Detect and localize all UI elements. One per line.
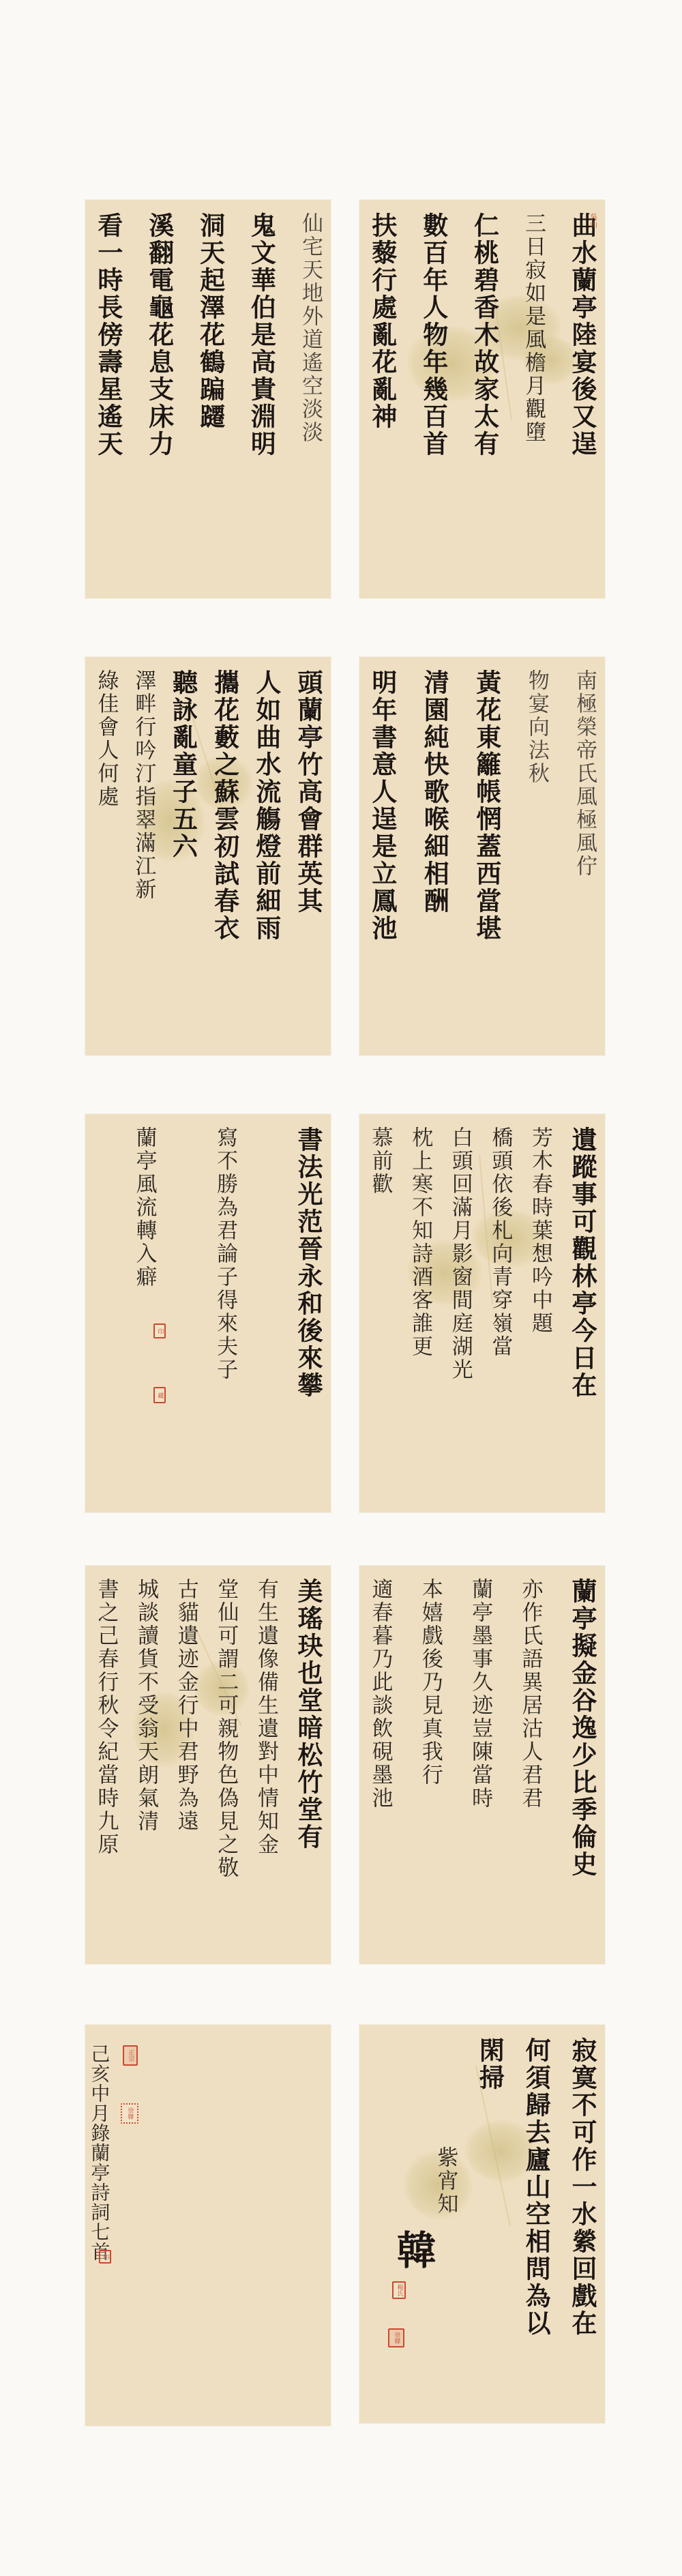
text-column: 古貓遺迹金行中君野為遠 (175, 1578, 197, 1955)
seal-stamp: 印 (99, 2250, 111, 2264)
text-column: 白頭回滿月影窗間庭湖光 (449, 1126, 471, 1503)
text-column: 三日寂如是風檐月觀墮 (522, 212, 545, 589)
album-leaf: 遺蹤事可觀林亭今日在 芳木春時葉想吟中題 橋頭依後札向青穿嶺當 白頭回滿月影窗間… (359, 1114, 605, 1512)
text-column: 明年書意人逞是立鳳池 (369, 669, 396, 1046)
text-column: 慕前歡 (369, 1126, 391, 1503)
album-leaf: 曲水蘭亭陸宴後又逞 三日寂如是風檐月觀墮 仁桃碧香木故家太有 數百年人物年幾百首… (359, 200, 605, 598)
text-column: 物宴向法秋 (525, 669, 548, 1046)
text-column: 橋頭依後札向青穿嶺當 (489, 1126, 512, 1503)
text-column: 遺蹤事可觀林亭今日在 (569, 1126, 595, 1503)
text-column: 閑掃 (477, 2037, 503, 2314)
text-column: 何須歸去廬山空相問為以 (522, 2037, 549, 2314)
text-column: 城談讀貨不受翁天朗氣清 (135, 1578, 158, 1955)
text-column: 澤畔行吟汀指翠滿江新 (132, 669, 155, 1046)
text-column: 聽詠亂童子五六 (170, 669, 196, 1046)
text-column: 有生遺像備生遺對中情知金 (255, 1578, 278, 1955)
seal-stamp: 崇韓 (121, 2103, 138, 2124)
text-column: 蘭亭擬金谷逸少比季倫史 (569, 1578, 595, 1955)
text-column: 數百年人物年幾百首 (420, 212, 447, 589)
seal-stamp: 楊氏 (392, 2281, 406, 2299)
album-leaf: 頭蘭亭竹高會群英其 人如曲水流觴燈前細雨 攜花藪之蘇雲初試春衣 聽詠亂童子五六 … (85, 657, 331, 1055)
text-column: 蘭亭墨事久迹豈陳當時 (469, 1578, 492, 1955)
text-column: 書之己春行秋令紀當時九原 (95, 1578, 117, 1955)
album-leaf: 書法光范晉永和後來攀 寫不勝為君論子得來夫子 蘭亭風流轉入癖 印 藏 (85, 1114, 331, 1512)
text-column: 曲水蘭亭陸宴後又逞 (569, 212, 595, 589)
text-column: 芳木春時葉想吟中題 (529, 1126, 552, 1503)
text-column: 寂寞不可作一水縈回戲在 (569, 2037, 595, 2314)
album-leaf: 寂寞不可作一水縈回戲在 何須歸去廬山空相問為以 閑掃 紫宵知 韓 楊氏 崇韓 (359, 2025, 605, 2423)
text-column: 亦作氏語異居沽人君君 (519, 1578, 542, 1955)
album-page: { "page": { "background": "#fbf9f5", "pa… (0, 0, 682, 2576)
text-column: 南極榮帝氏風極風佇 (573, 669, 595, 1046)
text-column: 人如曲水流觴燈前細雨 (253, 669, 280, 1046)
text-column: 仙宅天地外道遙空淡淡 (299, 212, 321, 589)
text-column: 攜花藪之蘇雲初試春衣 (211, 669, 238, 1046)
album-leaf: 仙宅天地外道遙空淡淡 鬼文華伯是高貴淵明 洞天起澤花鶴蹁躚 溪翻電龜花息支床力 … (85, 200, 331, 598)
text-column: 洞天起澤花鶴蹁躚 (197, 212, 224, 589)
seal-stamp: 崇韓 (388, 2328, 404, 2347)
seal-stamp: 吳山 (589, 208, 598, 233)
text-column: 堂仙可謂二可親物色偽見之敬 (215, 1578, 237, 1955)
text-column: 適春暮乃此談飲硯墨池 (369, 1578, 391, 1955)
text-column: 鬼文華伯是高貴淵明 (248, 212, 275, 589)
text-column: 本嬉戲後乃見真我行 (419, 1578, 441, 1955)
text-column: 頭蘭亭竹高會群英其 (295, 669, 321, 1046)
text-column: 枕上寒不知詩酒客誰更 (409, 1126, 432, 1503)
text-column: 溪翻電龜花息支床力 (146, 212, 173, 589)
album-leaf: 美瑤玦也堂暗松竹堂有 有生遺像備生遺對中情知金 堂仙可謂二可親物色偽見之敬 古貓… (85, 1566, 331, 1964)
text-column: 扶藜行處亂花亂神 (369, 212, 396, 589)
album-leaf: 蘭亭擬金谷逸少比季倫史 亦作氏語異居沽人君君 蘭亭墨事久迹豈陳當時 本嬉戲後乃見… (359, 1566, 605, 1964)
colophon-inscription: 己亥中月錄蘭亭詩詞七首 (89, 2044, 109, 2262)
seal-stamp: 印 (153, 1323, 166, 1338)
text-column: 紫宵知 (434, 2146, 457, 2314)
album-leaf: 南極榮帝氏風極風佇 物宴向法秋 黃花東籬帳惘蓋西當堪 清園純快歌喉細相酬 明年書… (359, 657, 605, 1055)
text-column: 看一時長傍壽星遙天 (95, 212, 121, 589)
text-column: 清園純快歌喉細相酬 (421, 669, 447, 1046)
seal-stamp: 藏 (153, 1387, 166, 1403)
text-column: 書法光范晉永和後來攀 (295, 1126, 321, 1503)
text-column: 仁桃碧香木故家太有 (471, 212, 498, 589)
text-column: 黃花東籬帳惘蓋西當堪 (473, 669, 500, 1046)
album-leaf: 己亥中月錄蘭亭詩詞七首 正宗 崇韓 印 (85, 2025, 331, 2426)
seal-stamp: 正宗 (123, 2045, 138, 2066)
text-column: 蘭亭風流轉入癖 (133, 1126, 155, 1503)
artist-signature: 韓 (392, 2229, 434, 2271)
text-column: 美瑤玦也堂暗松竹堂有 (295, 1578, 321, 1955)
text-column: 綠佳會人何處 (95, 669, 117, 1046)
text-column: 寫不勝為君論子得來夫子 (214, 1126, 237, 1503)
